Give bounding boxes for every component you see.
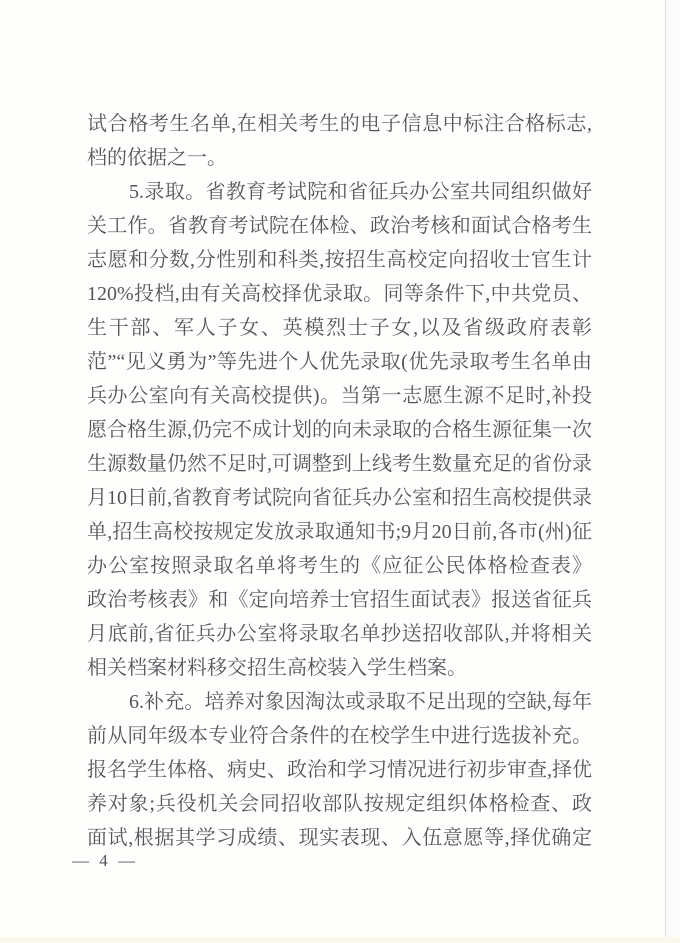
scan-bottom-edge <box>0 937 680 943</box>
document-body: 试合格考生名单,在相关考生的电子信息中标注合格标志,作为投档的依据之一。5.录取… <box>87 107 592 855</box>
page-number: — 4 — <box>72 849 138 873</box>
text-line: 120%投档,由有关高校择优录取。同等条件下,中共党员、优秀学 <box>87 277 592 311</box>
text-line: 范”“见义勇为”等先进个人优先录取(优先录取考生名单由省征 <box>87 345 592 379</box>
text-line: 相关档案材料移交招生高校装入学生档案。 <box>87 651 592 685</box>
text-line: 办公室按照录取名单将考生的《应征公民体格检查表》《应征公民 <box>87 549 592 583</box>
text-line: 6.补充。培养对象因淘汰或录取不足出现的空缺,每年年底 <box>87 685 592 719</box>
scan-edge-line <box>665 0 666 943</box>
text-line: 政治考核表》和《定向培养士官招生面试表》报送省征兵办公室;9 <box>87 583 592 617</box>
text-line: 生源数量仍然不足时,可调整到上线考生数量充足的省份录取。9 <box>87 447 592 481</box>
text-line: 月10日前,省教育考试院向省征兵办公室和招生高校提供录取名 <box>87 481 592 515</box>
document-page: 试合格考生名单,在相关考生的电子信息中标注合格标志,作为投档的依据之一。5.录取… <box>0 0 680 943</box>
text-line: 关工作。省教育考试院在体检、政治考核和面试合格考生中,根据 <box>87 209 592 243</box>
text-line: 5.录取。省教育考试院和省征兵办公室共同组织做好录取相 <box>87 175 592 209</box>
text-line: 月底前,省征兵办公室将录取名单抄送招收部队,并将相关考生的 <box>87 617 592 651</box>
text-line: 兵办公室向有关高校提供)。当第一志愿生源不足时,补投第二志 <box>87 379 592 413</box>
text-line: 养对象;兵役机关会同招收部队按规定组织体格检查、政治考核和 <box>87 787 592 821</box>
text-line: 前从同年级本专业符合条件的在校学生中进行选拔补充。高校对 <box>87 719 592 753</box>
text-line: 生干部、军人子女、英模烈士子女,以及省级政府表彰的“道德模 <box>87 311 592 345</box>
text-line: 试合格考生名单,在相关考生的电子信息中标注合格标志,作为投 <box>87 107 592 141</box>
text-line: 单,招生高校按规定发放录取通知书;9月20日前,各市(州)征兵 <box>87 515 592 549</box>
scan-right-edge <box>666 0 680 943</box>
text-line: 报名学生体格、病史、政治和学习情况进行初步审查,择优推荐培 <box>87 753 592 787</box>
text-line: 志愿和分数,分性别和科类,按招生高校定向招收士官生计划数的 <box>87 243 592 277</box>
text-line: 档的依据之一。 <box>87 141 592 175</box>
text-line: 面试,根据其学习成绩、现实表现、入伍意愿等,择优确定为培养对 <box>87 821 592 855</box>
text-line: 愿合格生源,仍完不成计划的向未录取的合格生源征集一次志愿, <box>87 413 592 447</box>
